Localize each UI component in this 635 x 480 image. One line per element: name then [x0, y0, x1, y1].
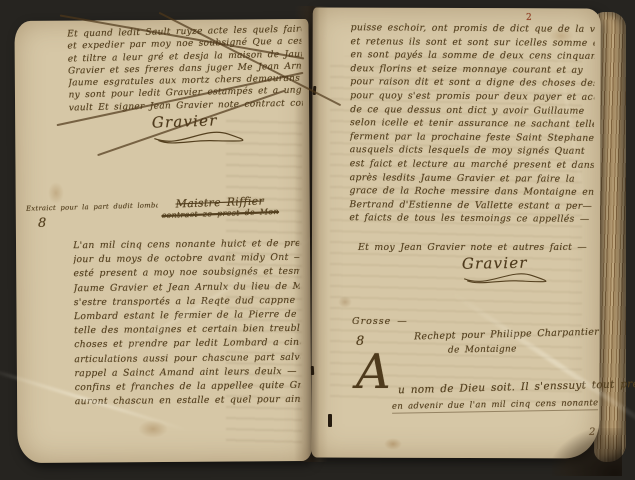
- left-entry-block: L'an mil cinq cens nonante huict et de p…: [73, 237, 301, 410]
- notary-signature-right: Gravier: [462, 253, 553, 285]
- manuscript-line: puisse eschoir, ont promis de dict que d…: [351, 21, 595, 36]
- page-number: 2: [589, 427, 596, 438]
- receipt-heading-line: de Montaigne: [448, 344, 517, 355]
- manuscript-line: pour quoy s'est promis pour deux payer e…: [350, 89, 594, 104]
- torn-corner-shadow: [552, 428, 622, 476]
- manuscript-line: et faicts de tous les tesmoings ce appel…: [349, 211, 593, 226]
- signature-name: Gravier: [151, 111, 217, 131]
- invocation-initial: A: [356, 348, 391, 396]
- grosse-note: Grosse —: [352, 316, 408, 327]
- right-entry-block: puisse eschoir, ont promis de dict que d…: [349, 21, 594, 227]
- paraph-mark: 8: [38, 216, 47, 231]
- notary-closing-line: Et moy Jean Gravier note et autres faict…: [358, 242, 587, 253]
- manuscript-photo: Et quand ledit Sault ruyze acte les quel…: [0, 0, 635, 480]
- manuscript-line: en sont payés la somme de deux cens cinq…: [350, 48, 594, 63]
- binding-stitch: [311, 366, 314, 375]
- manuscript-line: est faict et lecture au marché present e…: [350, 157, 594, 172]
- notary-signature-left: Gravier: [151, 110, 248, 145]
- signature-name: Gravier: [462, 254, 528, 273]
- binding-stitch: [328, 414, 332, 427]
- manuscript-line: selon icelle et tenir assurance ne sacha…: [350, 116, 594, 131]
- manuscript-line: auront chascun en estalle et quel pour a…: [75, 393, 301, 410]
- manuscript-line: grace de la Roche messire dans Montaigne…: [349, 184, 593, 199]
